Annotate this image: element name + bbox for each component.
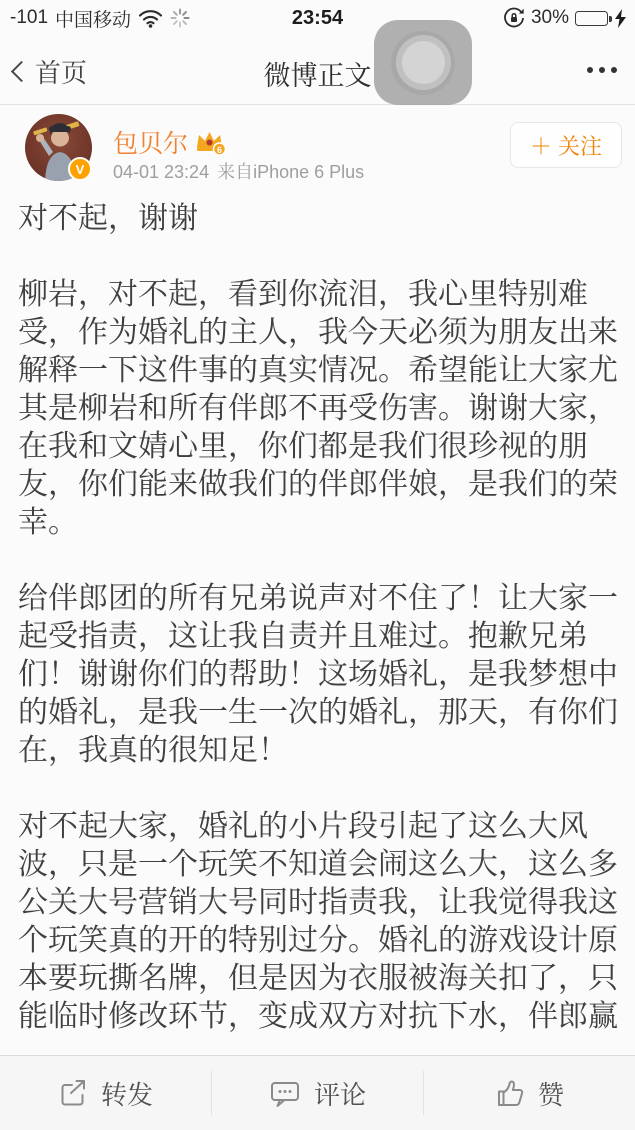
nav-bar: 首页 微博正文 (0, 36, 635, 105)
ellipsis-dot (587, 67, 593, 73)
bottom-toolbar: 转发 评论 赞 (0, 1055, 635, 1130)
weibo-post-detail-screen: -101 中国移动 23:54 (0, 0, 635, 1130)
ellipsis-dot (599, 67, 605, 73)
carrier-label: 中国移动 (55, 5, 131, 32)
thumbs-up-icon (495, 1079, 525, 1108)
share-arrow-icon (58, 1079, 88, 1108)
repost-label: 转发 (101, 1075, 153, 1112)
author-name[interactable]: 包贝尔 (113, 124, 188, 160)
battery-percent-label: 30% (531, 7, 569, 29)
assistive-touch-ring-mid (396, 35, 451, 90)
assistive-touch-circle-inner (402, 41, 445, 84)
follow-button[interactable]: ＋ 关注 (510, 122, 622, 168)
comment-button[interactable]: 评论 (212, 1056, 423, 1130)
orientation-lock-icon (503, 7, 525, 29)
verified-v-badge-icon: V (68, 157, 92, 181)
signal-strength-value: -101 (10, 7, 48, 29)
post-source: 来自iPhone 6 Plus (217, 162, 364, 182)
comment-label: 评论 (314, 1075, 366, 1112)
post-paragraph: 对不起大家，婚礼的小片段引起了这么大风波，只是一个玩笑不知道会闹这么大，这么多公… (18, 808, 619, 1036)
post-paragraph: 对不起，谢谢 (18, 200, 619, 238)
like-label: 赞 (538, 1075, 564, 1112)
post-paragraph: 给伴郎团的所有兄弟说声对不住了！让大家一起受指责，这让我自责并且难过。抱歉兄弟们… (18, 580, 619, 770)
status-bar: -101 中国移动 23:54 (0, 0, 635, 36)
network-activity-spinner-icon (170, 8, 190, 28)
post-timestamp: 04-01 23:24 (113, 162, 209, 182)
vip-level: 6 (217, 145, 222, 155)
speech-bubble-icon (269, 1079, 301, 1108)
post-meta: 04-01 23:24来自iPhone 6 Plus (113, 158, 372, 184)
v-letter: V (76, 162, 85, 177)
more-button[interactable] (587, 67, 617, 73)
battery-icon (575, 11, 608, 26)
post-paragraph: 柳岩，对不起，看到你流泪，我心里特别难受，作为婚礼的主人，我今天必须为朋友出来解… (18, 276, 619, 542)
lightning-bolt-icon (614, 9, 627, 28)
page-title: 微博正文 (0, 54, 635, 93)
vip-crown-icon: 6 (194, 129, 226, 156)
ellipsis-dot (611, 67, 617, 73)
like-button[interactable]: 赞 (424, 1056, 635, 1130)
assistive-touch-ring-outer (391, 31, 455, 95)
wifi-icon (138, 9, 163, 28)
post-body: 对不起，谢谢 柳岩，对不起，看到你流泪，我心里特别难受，作为婚礼的主人，我今天必… (18, 200, 619, 1074)
repost-button[interactable]: 转发 (0, 1056, 211, 1130)
assistive-touch-button[interactable] (374, 20, 472, 105)
